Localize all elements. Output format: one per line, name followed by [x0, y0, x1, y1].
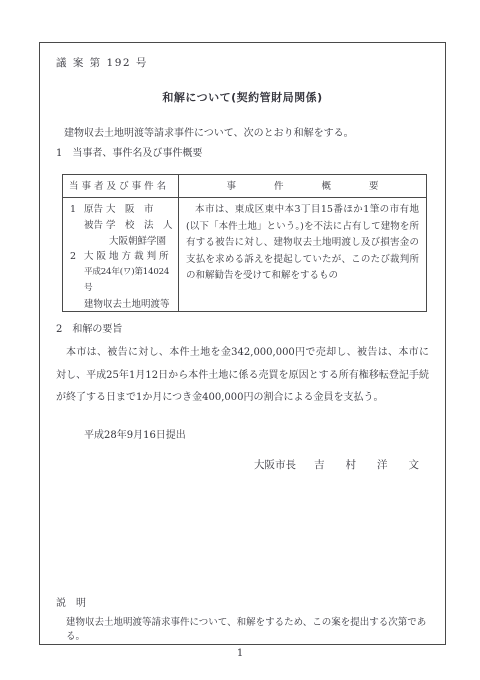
parties-cell: 1 原告 大 阪 市 被告 学 校 法 人 大阪朝鮮学園 2 大 阪 地 方 裁… — [63, 198, 179, 311]
party-line-number: 1 — [70, 202, 84, 218]
party-line-number — [70, 265, 84, 297]
explanation-heading: 説 明 — [56, 594, 86, 609]
intro-paragraph: 建物収去土地明渡等請求事件について、次のとおり和解をする。 — [56, 124, 428, 139]
document-page: 議 案 第 192 号 和解について(契約管財局関係) 建物収去土地明渡等請求事… — [0, 0, 480, 680]
parties-case-table: 当 事 者 及 び 事 件 名 事 件 概 要 1 原告 大 阪 市 被告 学 … — [62, 174, 427, 312]
section1-heading: 1 当事者、事件名及び事件概要 — [56, 144, 202, 159]
section2-heading: 2 和解の要旨 — [56, 320, 122, 335]
doc-number: 議 案 第 192 号 — [56, 55, 148, 70]
party-line-number — [70, 234, 84, 250]
mayor-name: 吉 村 洋 文 — [314, 459, 419, 471]
party-line-text: 原告 大 阪 市 — [84, 202, 154, 218]
party-line: 大阪朝鮮学園 — [70, 234, 176, 250]
party-line: 被告 学 校 法 人 — [70, 218, 176, 234]
table-header-case-summary: 事 件 概 要 — [179, 175, 426, 198]
party-line-text: 大 阪 地 方 裁 判 所 — [84, 249, 169, 265]
party-line-text: 大阪朝鮮学園 — [84, 234, 166, 250]
party-line: 1 原告 大 阪 市 — [70, 202, 176, 218]
party-line-text: 平成24年(ワ)第14024号 — [84, 265, 176, 297]
doc-title: 和解について(契約管財局関係) — [40, 89, 445, 105]
party-line-text: 被告 学 校 法 人 — [84, 218, 173, 234]
party-line: 平成24年(ワ)第14024号 — [70, 265, 176, 297]
mayor-signature-line: 大阪市長吉 村 洋 文 — [254, 457, 419, 472]
mayor-title: 大阪市長 — [254, 459, 296, 471]
case-summary-cell: 本市は、東成区東中本3丁目15番ほか1筆の市有地(以下「本件土地」という。)を不… — [179, 198, 426, 311]
party-line: 建物収去土地明渡等 — [70, 297, 176, 311]
document-border-frame: 議 案 第 192 号 和解について(契約管財局関係) 建物収去土地明渡等請求事… — [39, 42, 446, 645]
case-summary-text: 本市は、東成区東中本3丁目15番ほか1筆の市有地(以下「本件土地」という。)を不… — [186, 202, 419, 285]
party-line: 2 大 阪 地 方 裁 判 所 — [70, 249, 176, 265]
party-line-text: 建物収去土地明渡等 — [84, 297, 170, 311]
party-line-number — [70, 297, 84, 311]
party-line-number: 2 — [70, 249, 84, 265]
page-number: 1 — [0, 648, 480, 659]
party-line-number — [70, 218, 84, 234]
table-header-parties: 当 事 者 及 び 事 件 名 — [63, 175, 179, 198]
explanation-body: 建物収去土地明渡等請求事件について、和解をするため、この案を提出する次第である。 — [66, 614, 433, 642]
section2-body: 本市は、被告に対し、本件土地を金342,000,000円で売却し、被告は、本市に… — [56, 342, 429, 410]
submission-date: 平成28年9月16日提出 — [84, 426, 186, 441]
